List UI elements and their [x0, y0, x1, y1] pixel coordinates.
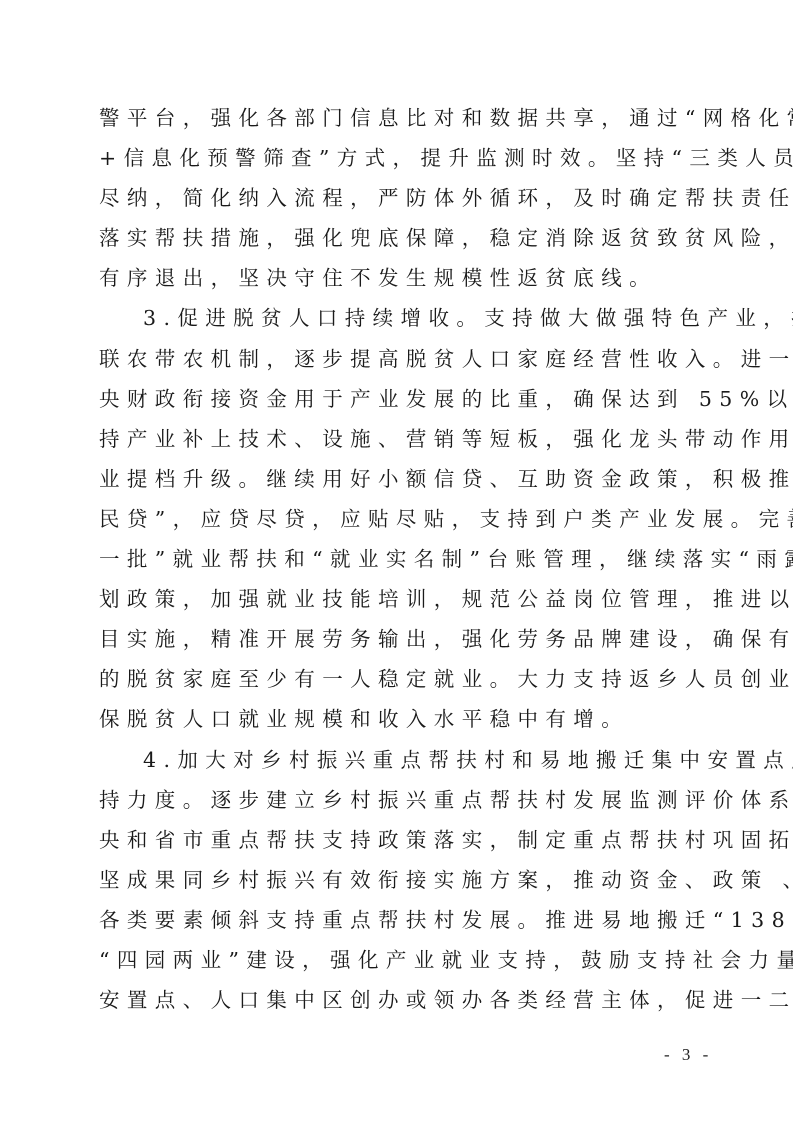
document-body: 警平台，强化各部门信息比对和数据共享，通过“网格化常规排查 +信息化预警筛查”方… — [99, 98, 711, 1020]
paragraph-section-3-income: 3.促进脱贫人口持续增收。支持做大做强特色产业，持续完善 联农带农机制，逐步提高… — [99, 298, 711, 739]
text-line: 民贷”，应贷尽贷，应贴尽贴，支持到户类产业发展。完善“七个 — [99, 499, 711, 539]
text-line: 保脱贫人口就业规模和收入水平稳中有增。 — [99, 699, 711, 739]
paragraph-section-4-key-villages: 4.加大对乡村振兴重点帮扶村和易地搬迁集中安置点后续扶 持力度。逐步建立乡村振兴… — [99, 740, 711, 1021]
text-line: +信息化预警筛查”方式，提升监测时效。坚持“三类人员”应纳 — [99, 138, 711, 178]
document-page: 警平台，强化各部门信息比对和数据共享，通过“网格化常规排查 +信息化预警筛查”方… — [0, 0, 793, 1122]
text-line: 警平台，强化各部门信息比对和数据共享，通过“网格化常规排查 — [99, 98, 711, 138]
text-line: “四园两业”建设，强化产业就业支持，鼓励支持社会力量在移民 — [99, 940, 711, 980]
text-line: 划政策，加强就业技能培训，规范公益岗位管理，推进以工代赈项 — [99, 579, 711, 619]
text-line: 坚成果同乡村振兴有效衔接实施方案，推动资金、政策 、资源等 — [99, 860, 711, 900]
text-line: 有序退出，坚决守住不发生规模性返贫底线。 — [99, 258, 711, 298]
text-line: 业提档升级。继续用好小额信贷、互助资金政策，积极推广实施“富 — [99, 459, 711, 499]
page-number: - 3 - — [664, 1045, 712, 1065]
text-line: 央财政衔接资金用于产业发展的比重，确保达到 55%以上，重点支 — [99, 379, 711, 419]
text-line: 安置点、人口集中区创办或领办各类经营主体，促进一二三产融合 — [99, 980, 711, 1020]
section-heading-line: 4.加大对乡村振兴重点帮扶村和易地搬迁集中安置点后续扶 — [99, 740, 711, 780]
text-line: 目实施，精准开展劳务输出，强化劳务品牌建设，确保有劳动能力 — [99, 619, 711, 659]
text-line: 落实帮扶措施，强化兜底保障，稳定消除返贫致贫风险，严格规范 — [99, 218, 711, 258]
paragraph-monitoring-continuation: 警平台，强化各部门信息比对和数据共享，通过“网格化常规排查 +信息化预警筛查”方… — [99, 98, 711, 298]
text-line: 持力度。逐步建立乡村振兴重点帮扶村发展监测评价体系。抓好中 — [99, 780, 711, 820]
text-line: 联农带农机制，逐步提高脱贫人口家庭经营性收入。进一步提高中 — [99, 339, 711, 379]
text-line: 的脱贫家庭至少有一人稳定就业。大力支持返乡人员创业就业，确 — [99, 659, 711, 699]
text-line: 持产业补上技术、设施、营销等短板，强化龙头带动作用，促进产 — [99, 419, 711, 459]
text-line: 尽纳，简化纳入流程，严防体外循环，及时确定帮扶责任人，精准 — [99, 178, 711, 218]
text-line: 央和省市重点帮扶支持政策落实，制定重点帮扶村巩固拓展脱贫攻 — [99, 820, 711, 860]
text-line: 一批”就业帮扶和“就业实名制”台账管理，继续落实“雨露”计 — [99, 539, 711, 579]
text-line: 各类要素倾斜支持重点帮扶村发展。推进易地搬迁“138”行动和 — [99, 900, 711, 940]
section-heading-line: 3.促进脱贫人口持续增收。支持做大做强特色产业，持续完善 — [99, 298, 711, 338]
